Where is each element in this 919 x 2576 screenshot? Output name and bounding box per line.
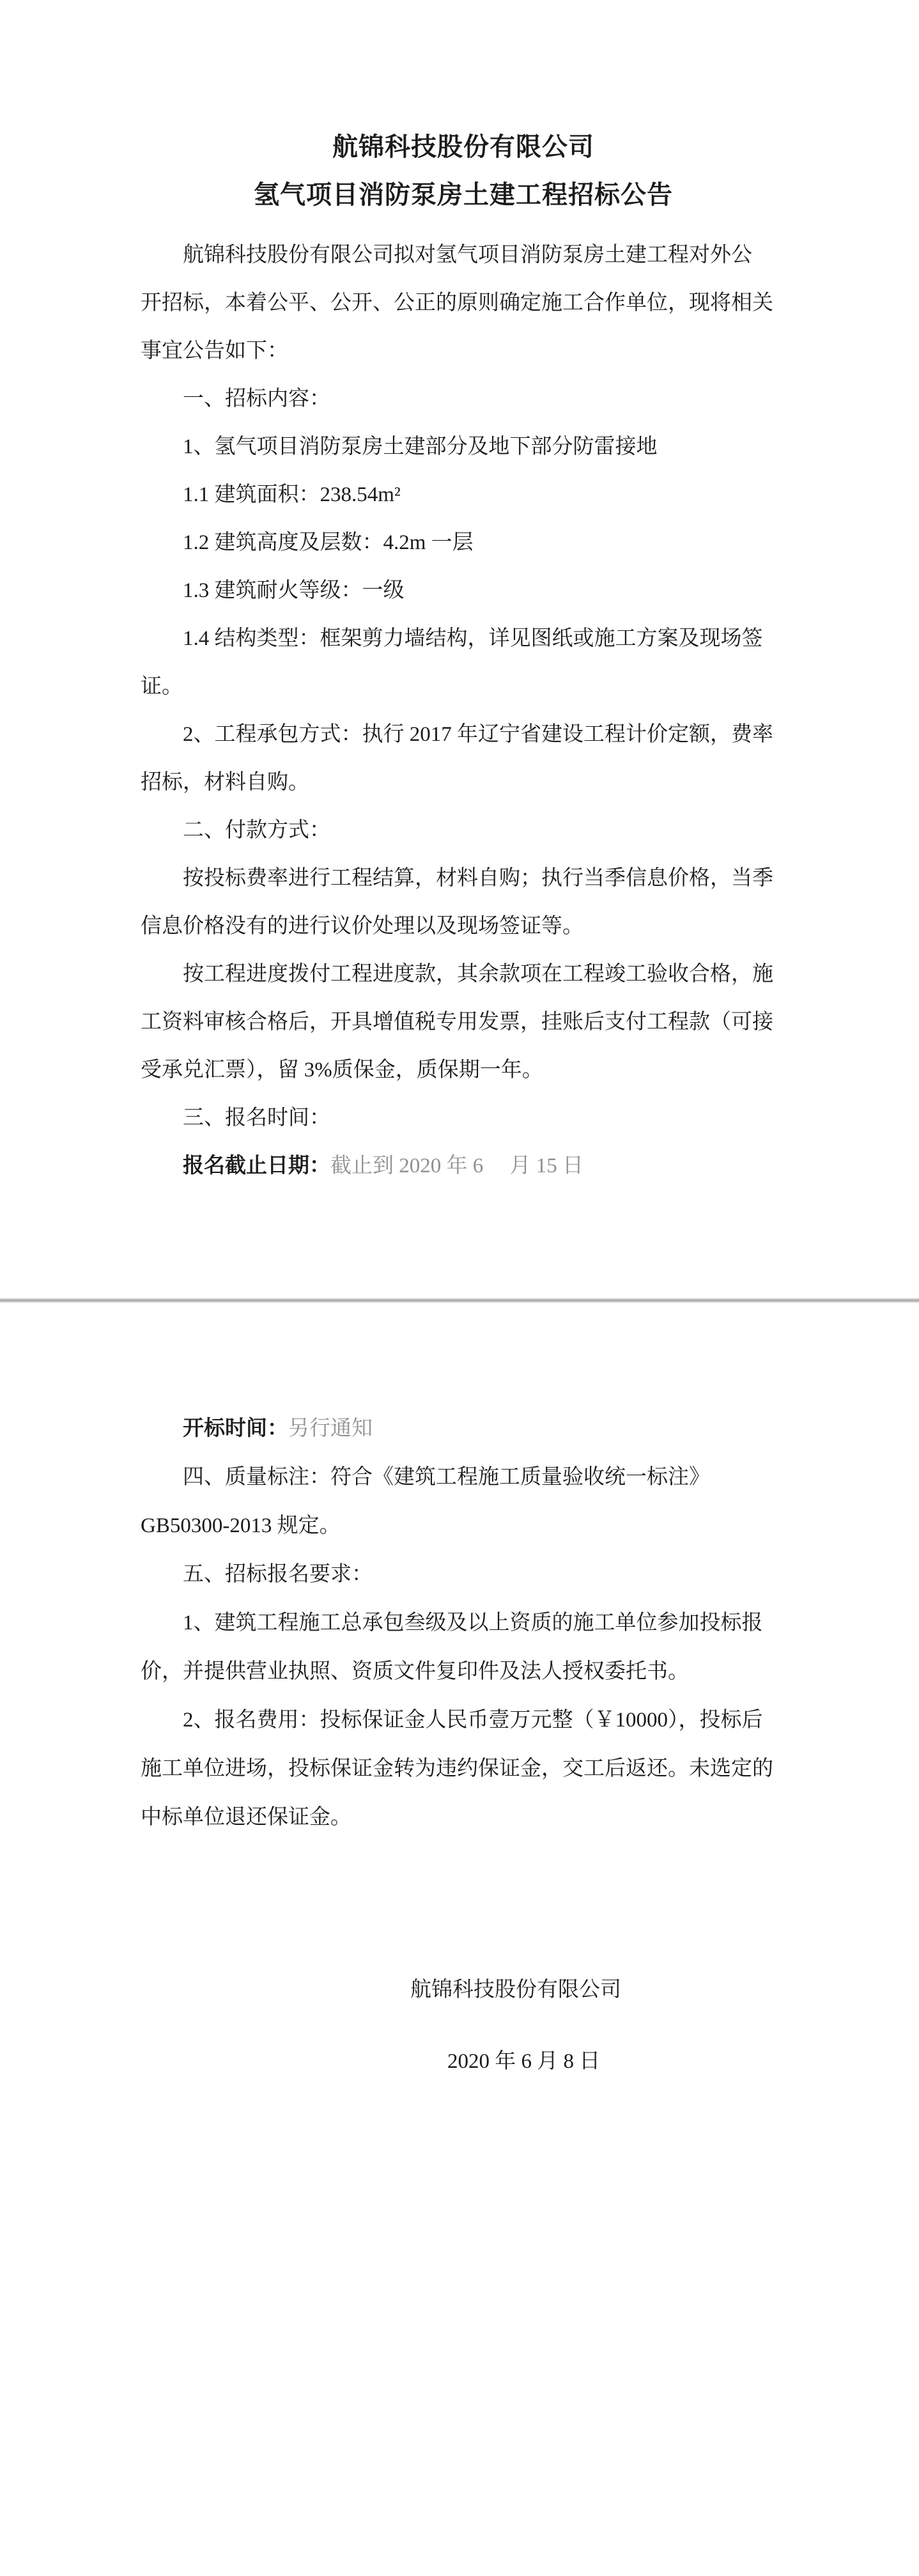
page-divider bbox=[0, 1298, 919, 1303]
document-line: 开招标，本着公平、公开、公正的原则确定施工合作单位，现将相关 bbox=[141, 279, 786, 327]
document-line: 事宜公告如下： bbox=[141, 327, 786, 375]
title-line-subject: 氢气项目消防泵房土建工程招标公告 bbox=[141, 171, 786, 219]
document-line: 2、报名费用：投标保证金人民币壹万元整（￥10000），投标后 bbox=[141, 1696, 786, 1744]
document-line: 2、工程承包方式：执行 2017 年辽宁省建设工程计价定额，费率 bbox=[141, 711, 786, 759]
document-title: 航锦科技股份有限公司 氢气项目消防泵房土建工程招标公告 bbox=[141, 123, 786, 219]
document-line: 按工程进度拨付工程进度款，其余款项在工程竣工验收合格，施 bbox=[141, 950, 786, 998]
page1-body: 航锦科技股份有限公司拟对氢气项目消防泵房土建工程对外公开招标，本着公平、公开、公… bbox=[141, 231, 786, 1190]
document-line: 五、招标报名要求： bbox=[141, 1550, 786, 1599]
document-line: GB50300-2013 规定。 bbox=[141, 1501, 786, 1550]
document-page: 航锦科技股份有限公司 氢气项目消防泵房土建工程招标公告 航锦科技股份有限公司拟对… bbox=[0, 0, 919, 2576]
document-line: 证。 bbox=[141, 663, 786, 711]
field-label: 报名截止日期： bbox=[183, 1154, 330, 1177]
field-value: 另行通知 bbox=[288, 1417, 373, 1440]
document-line: 中标单位退还保证金。 bbox=[141, 1793, 786, 1842]
document-line: 二、付款方式： bbox=[141, 807, 786, 855]
document-line: 信息价格没有的进行议价处理以及现场签证等。 bbox=[141, 903, 786, 950]
signature-date: 2020 年 6 月 8 日 bbox=[447, 2038, 600, 2086]
document-line: 一、招标内容： bbox=[141, 375, 786, 423]
document-line: 1.2 建筑高度及层数：4.2m 一层 bbox=[141, 519, 786, 567]
signature-company: 航锦科技股份有限公司 bbox=[410, 1966, 621, 2014]
field-label: 开标时间： bbox=[183, 1417, 288, 1440]
document-line: 1.3 建筑耐火等级：一级 bbox=[141, 567, 786, 615]
document-line: 1.4 结构类型：框架剪力墙结构，详见图纸或施工方案及现场签 bbox=[141, 615, 786, 663]
document-line: 四、质量标注：符合《建筑工程施工质量验收统一标注》 bbox=[141, 1453, 786, 1501]
document-line: 开标时间：另行通知 bbox=[141, 1404, 786, 1453]
document-line: 航锦科技股份有限公司拟对氢气项目消防泵房土建工程对外公 bbox=[141, 231, 786, 279]
document-line: 受承兑汇票），留 3%质保金，质保期一年。 bbox=[141, 1046, 786, 1094]
document-line: 施工单位进场，投标保证金转为违约保证金，交工后返还。未选定的 bbox=[141, 1744, 786, 1793]
title-line-company: 航锦科技股份有限公司 bbox=[141, 123, 786, 171]
document-line: 按投标费率进行工程结算，材料自购；执行当季信息价格，当季 bbox=[141, 855, 786, 903]
document-line: 1、氢气项目消防泵房土建部分及地下部分防雷接地 bbox=[141, 423, 786, 471]
document-line: 工资料审核合格后，开具增值税专用发票，挂账后支付工程款（可接 bbox=[141, 998, 786, 1046]
document-line: 1.1 建筑面积：238.54m² bbox=[141, 471, 786, 519]
document-line: 1、建筑工程施工总承包叁级及以上资质的施工单位参加投标报 bbox=[141, 1599, 786, 1647]
page2-body: 开标时间：另行通知四、质量标注：符合《建筑工程施工质量验收统一标注》GB5030… bbox=[141, 1404, 786, 1842]
document-line: 价，并提供营业执照、资质文件复印件及法人授权委托书。 bbox=[141, 1647, 786, 1696]
document-line: 招标，材料自购。 bbox=[141, 759, 786, 807]
document-line: 报名截止日期：截止到 2020 年 6 月 15 日 bbox=[141, 1142, 786, 1190]
field-value: 截止到 2020 年 6 月 15 日 bbox=[330, 1154, 583, 1177]
document-line: 三、报名时间： bbox=[141, 1094, 786, 1142]
